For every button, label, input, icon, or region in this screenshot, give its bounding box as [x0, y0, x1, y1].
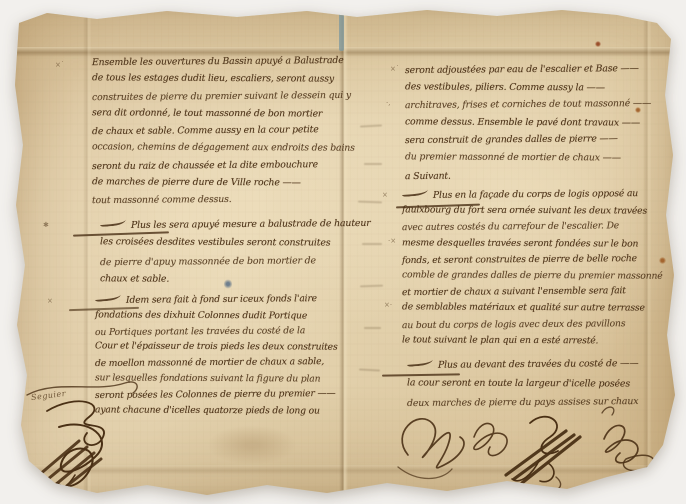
bleed-through	[364, 163, 382, 165]
manuscript-line: au bout du corps de logis avec deux des …	[402, 315, 663, 333]
margin-mark: ×˙	[390, 65, 399, 73]
bleed-through	[359, 368, 380, 371]
manuscript-line: Ensemble les ouvertures du Bassin apuyé …	[92, 52, 355, 72]
manuscript-line: fonds, et seront construites de pierre d…	[402, 251, 663, 269]
bleed-through	[360, 124, 382, 127]
manuscript-line: de tous les estages dudit lieu, escalier…	[92, 70, 355, 89]
paragraph: seront adjoustées par eau de l'escalier …	[405, 61, 651, 184]
manuscript-line: le tout suivant le plan qui en a esté ar…	[402, 332, 663, 350]
manuscript-line: de semblables matériaux et qualité sur a…	[402, 300, 663, 318]
manuscript-line: Plus au devant des travées du costé de —…	[407, 354, 639, 375]
paper-surface: Ensemble les ouvertures du Bassin apuyé …	[7, 5, 679, 499]
manuscript-line: fondations des dixhuit Colonnes dudit Po…	[95, 307, 338, 324]
manuscript-line: chaux et sable.	[100, 271, 371, 291]
paragraph: Plus les sera apuyé mesure a balustrade …	[100, 216, 371, 290]
manuscript-line: sera construit de grandes dalles de pier…	[405, 130, 651, 150]
manuscript-line: la cour seront en toute la largeur d'ice…	[407, 373, 639, 393]
manuscript-line: architraves, frises et corniches de tout…	[405, 95, 651, 115]
manuscript-line: tout massonné comme dessus.	[92, 190, 355, 210]
margin-mark: ·×	[388, 237, 396, 245]
left-page: Ensemble les ouvertures du Bassin apuyé …	[7, 5, 352, 499]
margin-mark: ×˙	[55, 61, 64, 69]
right-page: seront adjoustées par eau de l'escalier …	[352, 5, 679, 499]
manuscript-line: seront du raiz de chaussée et la dite em…	[92, 156, 355, 176]
manuscript-sheet: Ensemble les ouvertures du Bassin apuyé …	[7, 5, 679, 499]
manuscript-line: seront adjoustées par eau de l'escalier …	[405, 60, 651, 80]
paragraph: Ensemble les ouvertures du Bassin apuyé …	[92, 53, 355, 209]
manuscript-line: a Suivant.	[405, 165, 651, 185]
manuscript-line: Plus les sera apuyé mesure a balustrade …	[100, 215, 371, 236]
margin-mark: ·,	[386, 99, 390, 107]
bleed-through	[358, 201, 382, 204]
margin-mark: ✱	[43, 221, 49, 229]
manuscript-line: mesme desquelles travées seront fondées …	[402, 235, 663, 253]
manuscript-line: comme dessus. Ensemble le pavé dont trav…	[405, 113, 651, 132]
margin-mark: ×	[47, 297, 53, 305]
manuscript-line: les croisées desdites vestibules seront …	[100, 234, 371, 254]
bleed-through	[362, 243, 382, 245]
manuscript-line: sera dit ordonné, le tout massonné de bo…	[92, 104, 355, 123]
scan-background: Ensemble les ouvertures du Bassin apuyé …	[0, 0, 686, 504]
signatures-flourishes	[390, 403, 670, 495]
signature-1	[402, 419, 464, 468]
manuscript-line: Idem sera fait à fond sur iceux fonds l'…	[95, 291, 338, 309]
manuscript-line: avec autres costés du carrefour de l'esc…	[402, 218, 663, 236]
manuscript-line: de pierre d'apuy massonnée de bon mortie…	[100, 252, 371, 273]
margin-mark: ×	[382, 191, 388, 199]
manuscript-line: du premier massonné de mortier de chaux …	[405, 148, 651, 167]
manuscript-line: construites de pierre du premier suivant…	[92, 86, 355, 106]
bleed-through	[360, 285, 383, 288]
manuscript-line: occasion, chemins de dégagement aux endr…	[92, 139, 355, 158]
manuscript-line: de moellon massonné de mortier de chaux …	[95, 354, 338, 372]
margin-mark: ×·	[384, 301, 392, 309]
bleed-through	[364, 327, 381, 329]
manuscript-line: Cour et l'épaisseur de trois pieds les d…	[95, 339, 338, 356]
manuscript-line: des vestibules, piliers. Comme aussy la …	[405, 78, 651, 97]
ink-flourish	[17, 383, 142, 504]
signature-2	[474, 424, 507, 456]
paragraph: Plus en la façade du corps de logis oppo…	[402, 187, 663, 349]
